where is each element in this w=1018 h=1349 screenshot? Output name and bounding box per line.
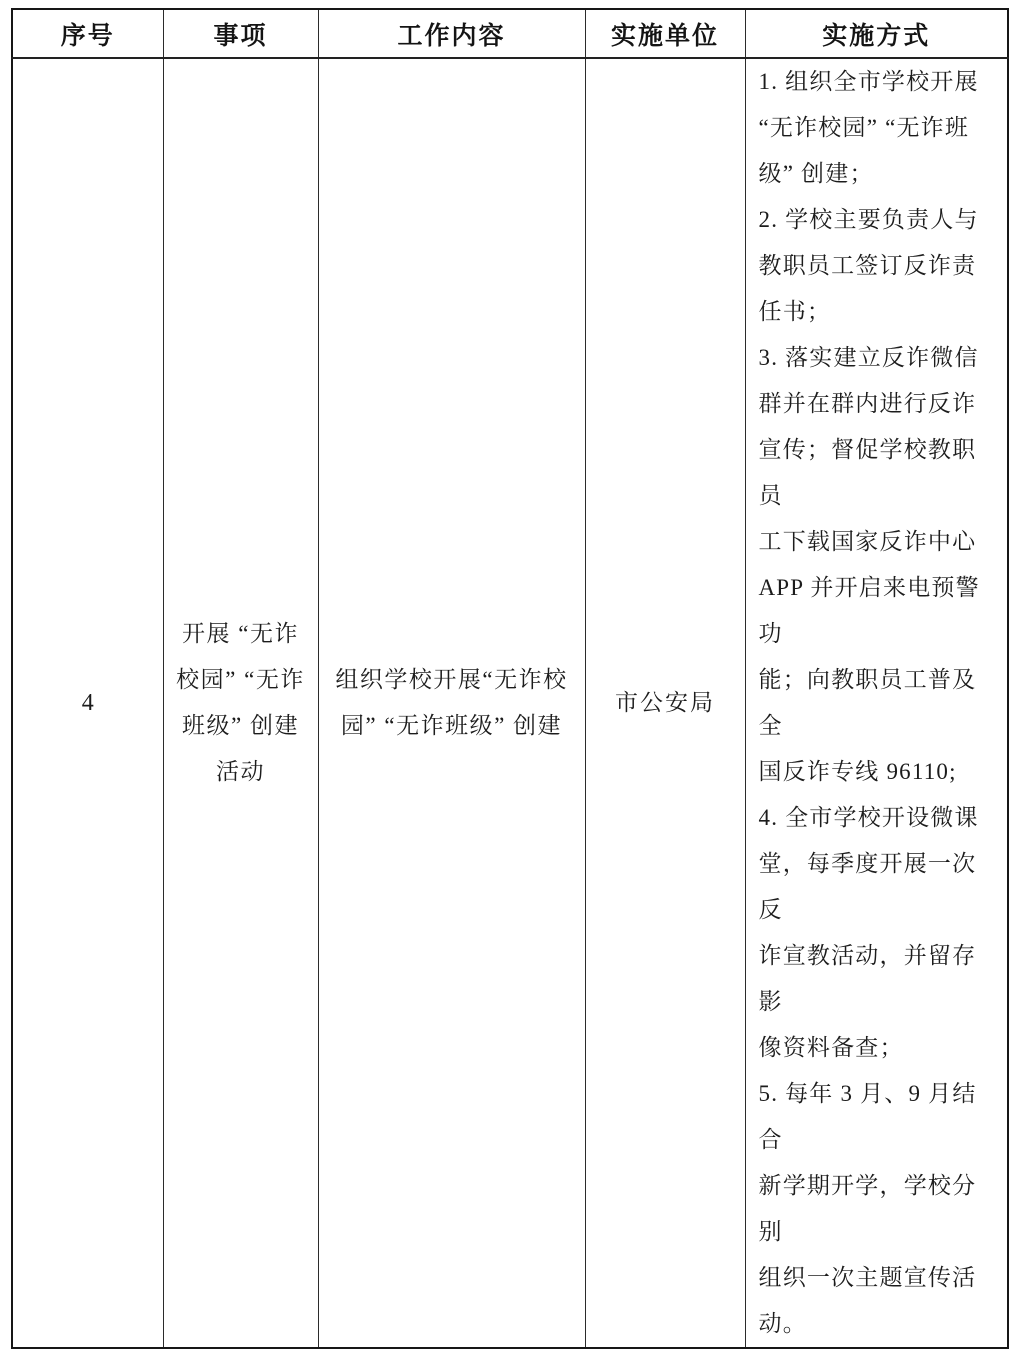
header-cell-unit: 实施单位 [585, 9, 745, 58]
cell-work-content: 组织学校开展“无诈校 园” “无诈班级” 创建 [318, 58, 585, 1348]
cell-sequence-number: 4 [12, 58, 163, 1348]
table-header-row: 序号 事项 工作内容 实施单位 实施方式 [12, 9, 1008, 58]
cell-item: 开展 “无诈 校园” “无诈 班级” 创建 活动 [163, 58, 318, 1348]
header-cell-method: 实施方式 [745, 9, 1008, 58]
header-cell-seq: 序号 [12, 9, 163, 58]
work-plan-table: 序号 事项 工作内容 实施单位 实施方式 4 开展 “无诈 校园” “无诈 班级… [11, 8, 1009, 1349]
header-cell-item: 事项 [163, 9, 318, 58]
table-row: 4 开展 “无诈 校园” “无诈 班级” 创建 活动 组织学校开展“无诈校 园”… [12, 58, 1008, 1348]
cell-implementing-unit: 市公安局 [585, 58, 745, 1348]
cell-implementation-method: 1. 组织全市学校开展 “无诈校园” “无诈班 级” 创建； 2. 学校主要负责… [745, 58, 1008, 1348]
document-page: 序号 事项 工作内容 实施单位 实施方式 4 开展 “无诈 校园” “无诈 班级… [0, 0, 1018, 1238]
header-cell-work-content: 工作内容 [318, 9, 585, 58]
